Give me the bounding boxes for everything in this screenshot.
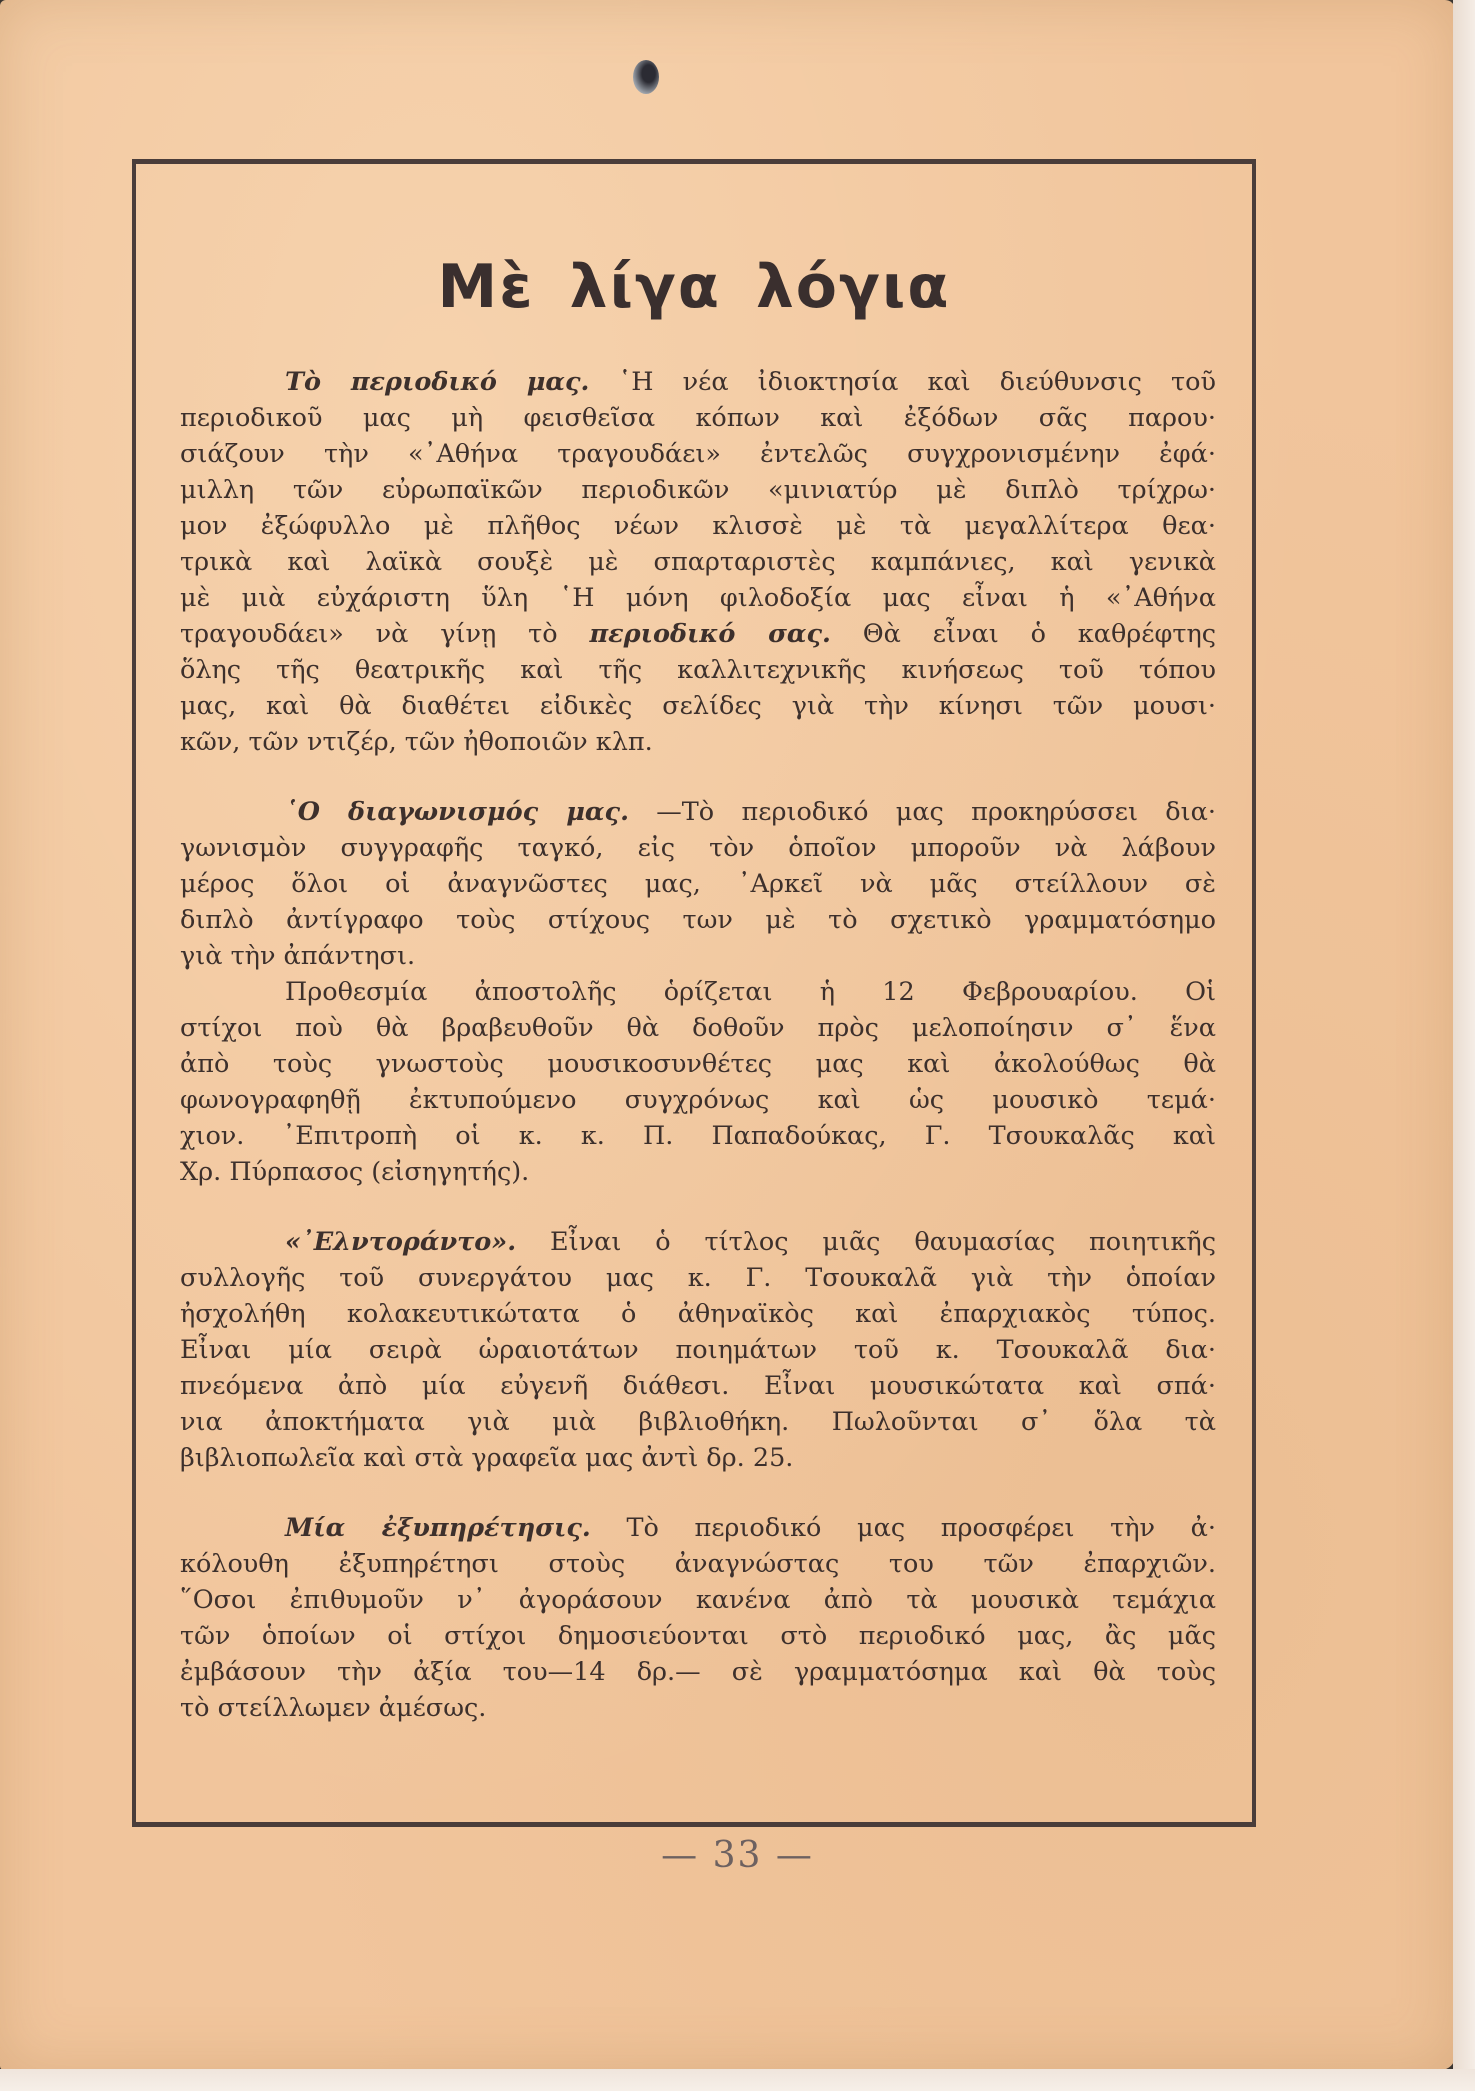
text-line: μας, καὶ θὰ διαθέτει εἰδικὲς σελίδες γιὰ… xyxy=(180,688,1216,724)
text-line: μέρος ὅλοι οἱ ἀναγνῶστες μας, ᾿Αρκεῖ νὰ … xyxy=(180,866,1216,902)
page-number: — 33 — xyxy=(0,1835,1475,1876)
text-line: τραγουδάει» νὰ γίνῃ τὸ περιοδικό σας. Θὰ… xyxy=(180,616,1216,652)
text-line: περιοδικοῦ μας μὴ φεισθεῖσα κόπων καὶ ἐξ… xyxy=(180,400,1216,436)
text-line: τρικὰ καὶ λαϊκὰ σουξὲ μὲ σπαρταριστὲς κα… xyxy=(180,544,1216,580)
text-line: βιβλιοπωλεῖα καὶ στὰ γραφεῖα μας ἀντὶ δρ… xyxy=(180,1440,1216,1476)
emphasis: περιοδικό σας. xyxy=(589,619,830,649)
text-line: διπλὸ ἀντίγραφο τοὺς στίχους των μὲ τὸ σ… xyxy=(180,902,1216,938)
text-line: τὸ στείλλωμεν ἀμέσως. xyxy=(180,1690,1216,1726)
section-lead: Μία ἐξυπηρέτησις. xyxy=(285,1513,591,1543)
section-lead: Τὸ περιοδικό μας. xyxy=(285,367,589,397)
text-line: μὲ μιὰ εὐχάριστη ὕλη ῾Η μόνη φιλοδοξία μ… xyxy=(180,580,1216,616)
page-hole xyxy=(633,60,659,94)
text-line: Προθεσμία ἀποστολῆς ὁρίζεται ἡ 12 Φεβρου… xyxy=(180,974,1216,1010)
page-edge-right xyxy=(1453,0,1475,2091)
text-line: τῶν ὁποίων οἱ στίχοι δημοσιεύονται στὸ π… xyxy=(180,1618,1216,1654)
section-lead: «᾿Ελντοράντο». xyxy=(285,1227,516,1257)
text-line: μιλλη τῶν εὐρωπαϊκῶν περιοδικῶν «μινιατύ… xyxy=(180,472,1216,508)
text-line: κῶν, τῶν ντιζέρ, τῶν ἠθοποιῶν κλπ. xyxy=(180,724,1216,760)
section-eldorado: «᾿Ελντοράντο». Εἶναι ὁ τίτλος μιᾶς θαυμα… xyxy=(180,1224,1216,1476)
text-line: νια ἀποκτήματα γιὰ μιὰ βιβλιοθήκη. Πωλοῦ… xyxy=(180,1404,1216,1440)
text-line: γωνισμὸν συγγραφῆς ταγκό, εἰς τὸν ὁποῖον… xyxy=(180,830,1216,866)
text-line: ὅλης τῆς θεατρικῆς καὶ τῆς καλλιτεχνικῆς… xyxy=(180,652,1216,688)
text-line: Εἶναι μία σειρὰ ὡραιοτάτων ποιημάτων τοῦ… xyxy=(180,1332,1216,1368)
text-line: στίχοι ποὺ θὰ βραβευθοῦν θὰ δοθοῦν πρὸς … xyxy=(180,1010,1216,1046)
article-body: Τὸ περιοδικό μας. ῾Η νέα ἰδιοκτησία καὶ … xyxy=(180,364,1216,1726)
text-line: γιὰ τὴν ἀπάντησι. xyxy=(180,938,1216,974)
text-line: μον ἐξώφυλλο μὲ πλῆθος νέων κλισσὲ μὲ τὰ… xyxy=(180,508,1216,544)
text-line: ἠσχολήθη κολακευτικώτατα ὁ ἀθηναϊκὸς καὶ… xyxy=(180,1296,1216,1332)
text-line: Μία ἐξυπηρέτησις. Τὸ περιοδικό μας προσφ… xyxy=(180,1510,1216,1546)
text-line: Χρ. Πύρπασος (εἰσηγητής). xyxy=(180,1154,1216,1190)
text-line: ῾Ο διαγωνισμός μας. —Τὸ περιοδικό μας πρ… xyxy=(180,794,1216,830)
text-line: Τὸ περιοδικό μας. ῾Η νέα ἰδιοκτησία καὶ … xyxy=(180,364,1216,400)
section-lead: ῾Ο διαγωνισμός μας. xyxy=(285,797,629,827)
text-line: φωνογραφηθῇ ἐκτυπούμενο συγχρόνως καὶ ὡς… xyxy=(180,1082,1216,1118)
text-line: πνεόμενα ἀπὸ μία εὐγενῆ διάθεσι. Εἶναι μ… xyxy=(180,1368,1216,1404)
section-periodical: Τὸ περιοδικό μας. ῾Η νέα ἰδιοκτησία καὶ … xyxy=(180,364,1216,760)
text-line: ἐμβάσουν τὴν ἀξία του—14 δρ.— σὲ γραμματ… xyxy=(180,1654,1216,1690)
text-line: ῞Οσοι ἐπιθυμοῦν ν᾿ ἀγοράσουν κανένα ἀπὸ … xyxy=(180,1582,1216,1618)
page-edge-bottom xyxy=(0,2069,1475,2091)
text-line: ἀπὸ τοὺς γνωστοὺς μουσικοσυνθέτες μας κα… xyxy=(180,1046,1216,1082)
text-line: συλλογῆς τοῦ συνεργάτου μας κ. Γ. Τσουκα… xyxy=(180,1260,1216,1296)
text-line: κόλουθη ἐξυπηρέτησι στοὺς ἀναγνώστας του… xyxy=(180,1546,1216,1582)
article-frame: Μὲ λίγα λόγια Τὸ περιοδικό μας. ῾Η νέα ἰ… xyxy=(132,159,1256,1827)
magazine-page: Μὲ λίγα λόγια Τὸ περιοδικό μας. ῾Η νέα ἰ… xyxy=(0,0,1455,2070)
text-line: «᾿Ελντοράντο». Εἶναι ὁ τίτλος μιᾶς θαυμα… xyxy=(180,1224,1216,1260)
text-line: χιον. ᾿Επιτροπὴ οἱ κ. κ. Π. Παπαδούκας, … xyxy=(180,1118,1216,1154)
section-service: Μία ἐξυπηρέτησις. Τὸ περιοδικό μας προσφ… xyxy=(180,1510,1216,1726)
page-title: Μὲ λίγα λόγια xyxy=(136,252,1252,322)
section-contest: ῾Ο διαγωνισμός μας. —Τὸ περιοδικό μας πρ… xyxy=(180,794,1216,1190)
text-line: σιάζουν τὴν «᾿Αθήνα τραγουδάει» ἐντελῶς … xyxy=(180,436,1216,472)
